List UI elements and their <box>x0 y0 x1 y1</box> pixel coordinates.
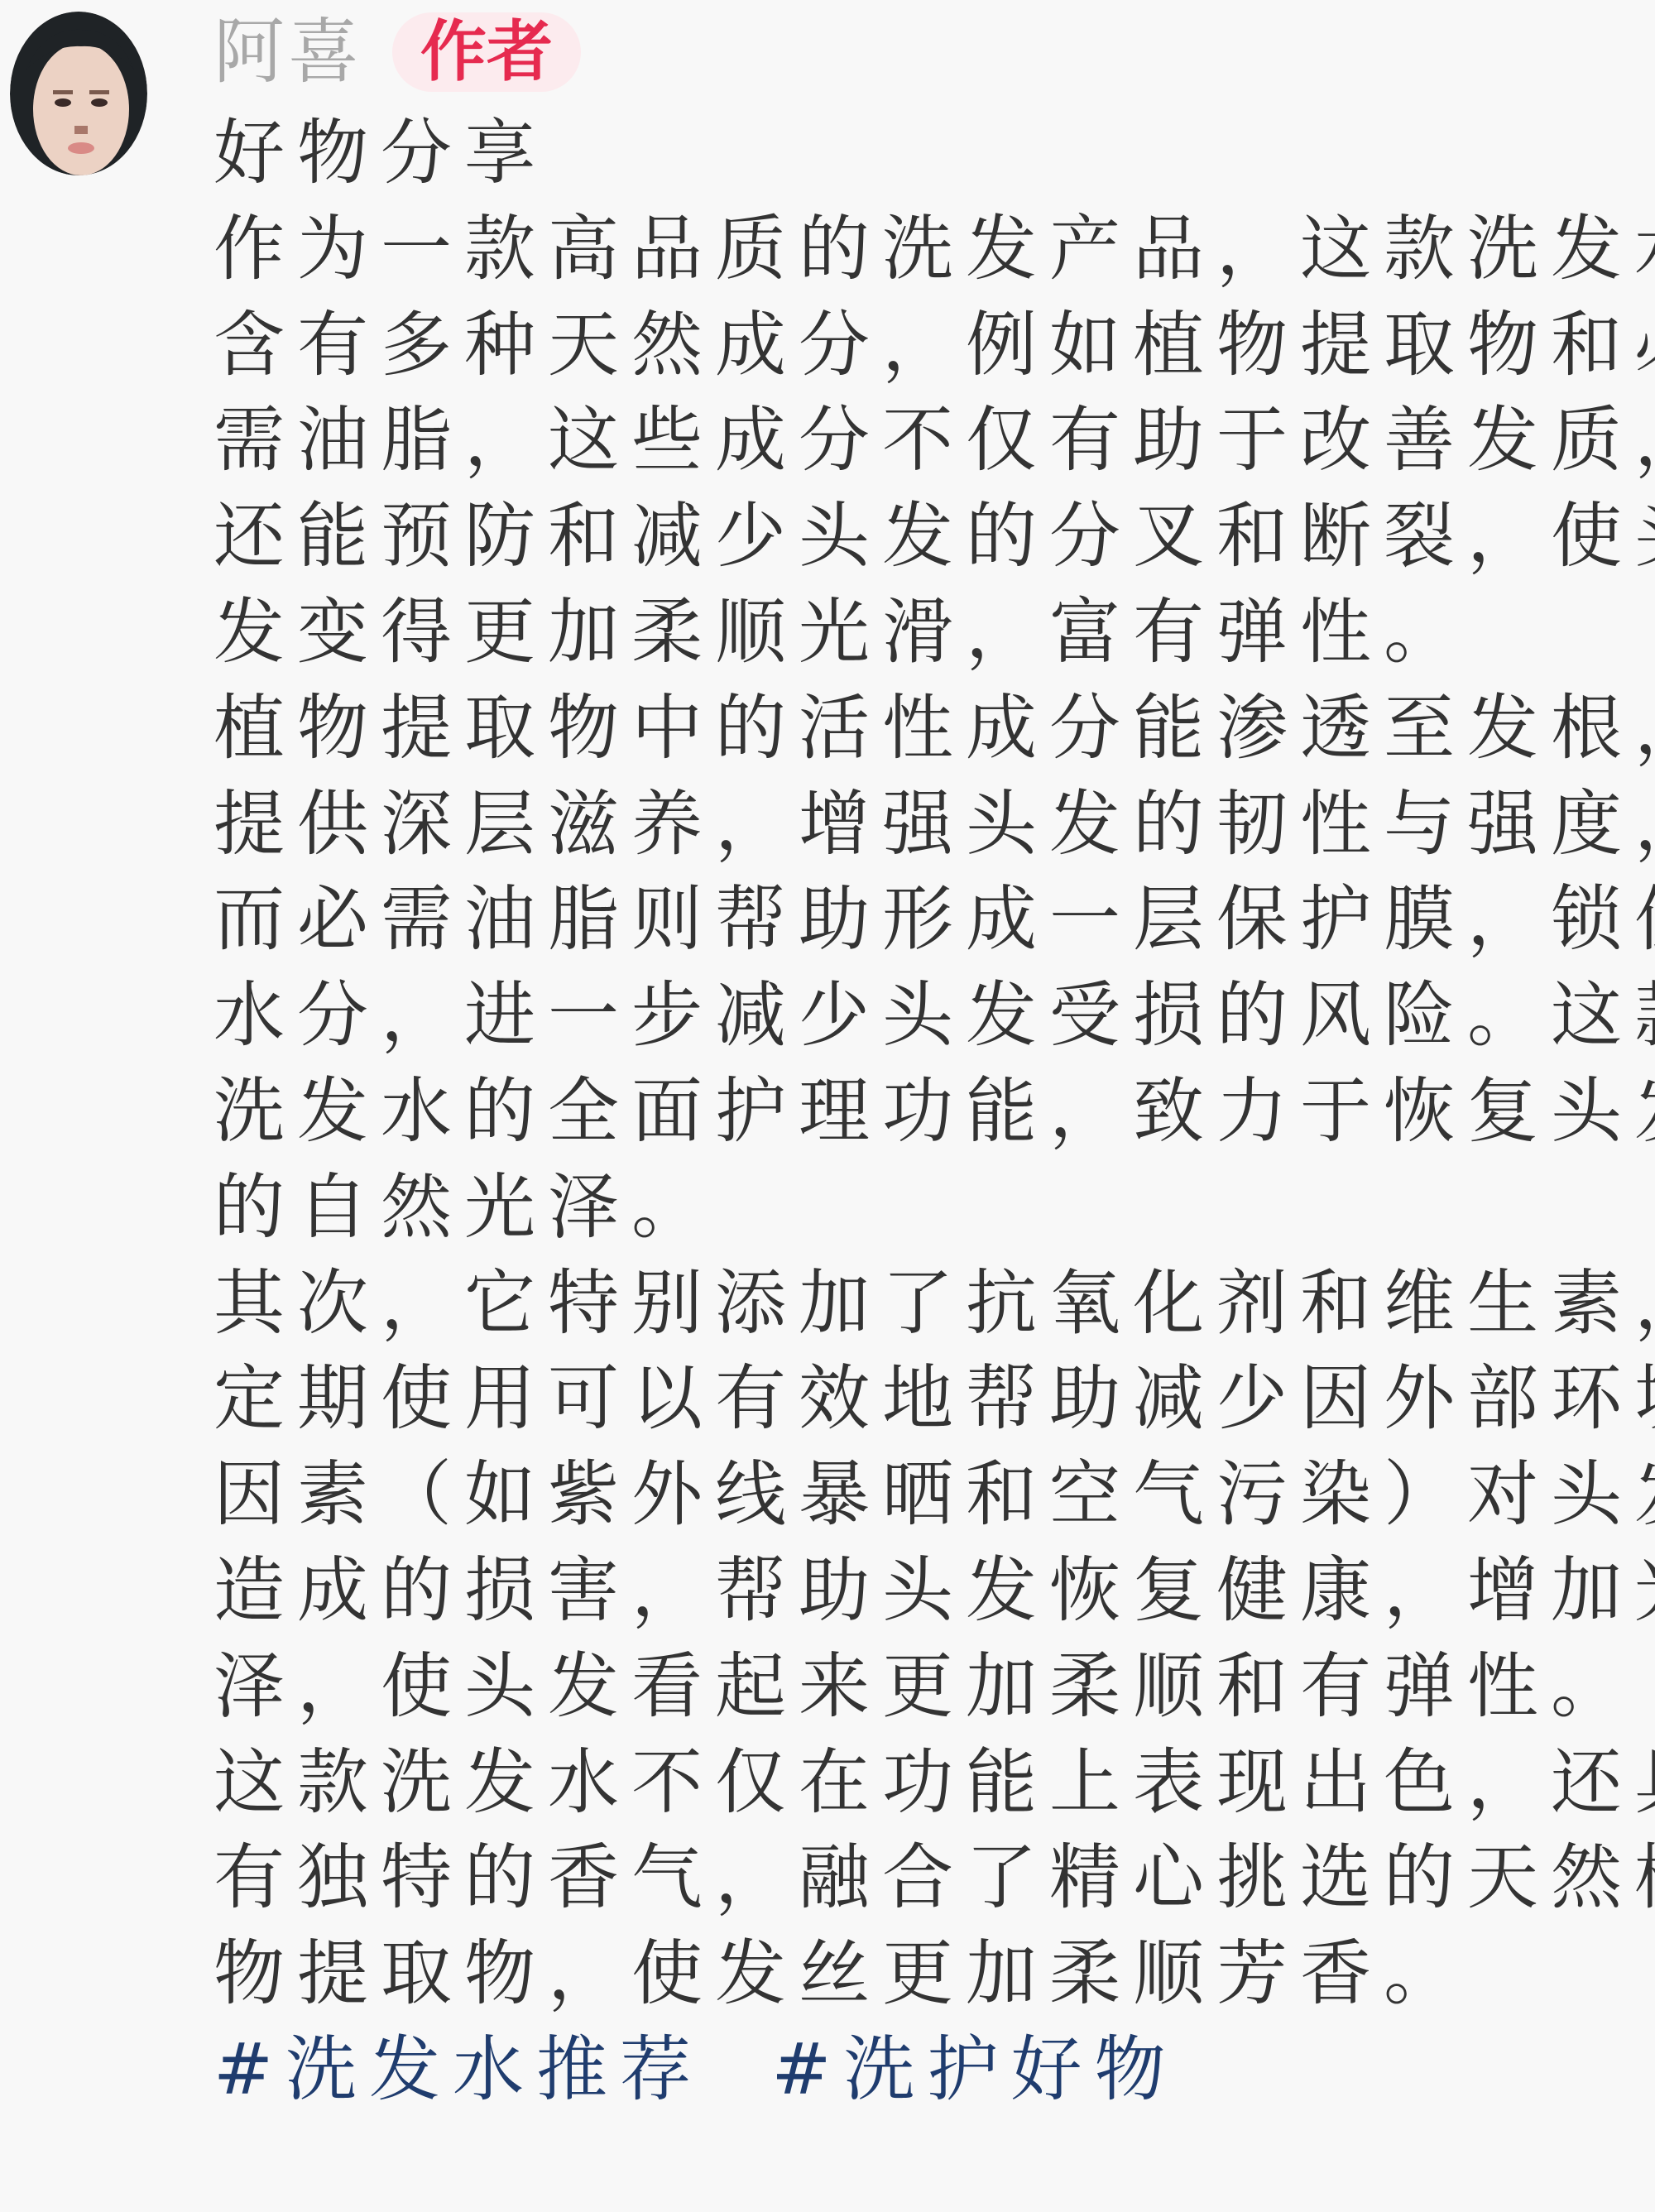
body-line: 植物提取物中的活性成分能渗透至发根， <box>213 681 1655 777</box>
body-line: 作为一款高品质的洗发产品，这款洗发水 <box>213 202 1655 298</box>
author-badge: 作者 <box>392 12 581 92</box>
body-line: 水分，进一步减少头发受损的风险。这款 <box>213 968 1655 1064</box>
comment-content: 好物分享 作为一款高品质的洗发产品，这款洗发水 含有多种天然成分，例如植物提取物… <box>213 106 1655 2118</box>
body-line: 造成的损害，帮助头发恢复健康，增加光 <box>213 1543 1655 1639</box>
body-line: 这款洗发水不仅在功能上表现出色，还具 <box>213 1735 1655 1831</box>
hashtag-link[interactable]: #洗护好物 <box>771 2028 1178 2111</box>
hashtag-link[interactable]: #洗发水推荐 <box>213 2028 703 2111</box>
body-line: 泽，使头发看起来更加柔顺和有弹性。 <box>213 1639 1655 1735</box>
avatar[interactable] <box>10 12 147 175</box>
avatar-portrait-icon <box>10 12 147 175</box>
body-line: 的自然光泽。 <box>213 1160 1655 1256</box>
body-line: 洗发水的全面护理功能，致力于恢复头发 <box>213 1064 1655 1160</box>
comment-title: 好物分享 <box>213 106 1655 202</box>
author-name[interactable]: 阿喜 <box>213 8 362 96</box>
author-header: 阿喜 作者 <box>213 8 581 96</box>
body-line: 还能预防和减少头发的分叉和断裂，使头 <box>213 489 1655 585</box>
body-line: 而必需油脂则帮助形成一层保护膜，锁住 <box>213 872 1655 968</box>
body-line: 定期使用可以有效地帮助减少因外部环境 <box>213 1351 1655 1447</box>
hashtag-row: #洗发水推荐 #洗护好物 <box>213 2022 1655 2118</box>
body-line: 需油脂，这些成分不仅有助于改善发质， <box>213 393 1655 489</box>
body-line: 有独特的香气，融合了精心挑选的天然植 <box>213 1831 1655 1927</box>
body-line: 含有多种天然成分，例如植物提取物和必 <box>213 298 1655 394</box>
body-line: 其次，它特别添加了抗氧化剂和维生素， <box>213 1256 1655 1352</box>
body-line: 提供深层滋养，增强头发的韧性与强度， <box>213 777 1655 873</box>
body-line: 发变得更加柔顺光滑，富有弹性。 <box>213 585 1655 681</box>
body-line: 因素（如紫外线暴晒和空气污染）对头发 <box>213 1447 1655 1543</box>
body-line: 物提取物，使发丝更加柔顺芳香。 <box>213 1927 1655 2022</box>
